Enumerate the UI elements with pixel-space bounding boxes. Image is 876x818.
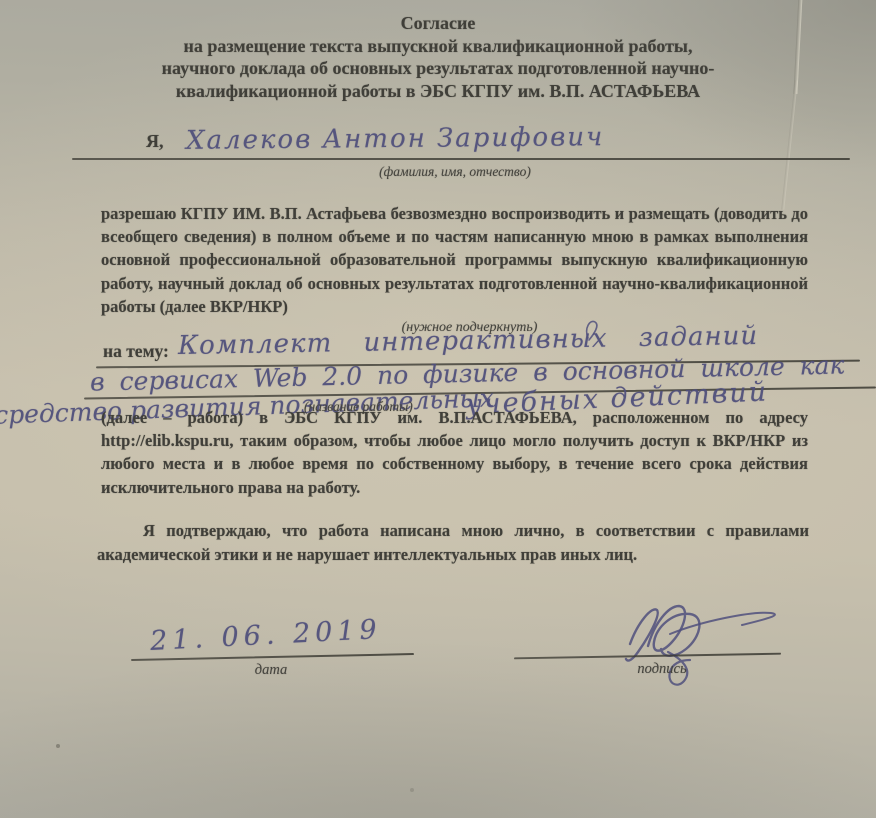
signature-caption: подпись <box>592 661 732 678</box>
title-line: Согласие <box>40 12 836 35</box>
access-paragraph: (далее – работа) в ЭБС КГПУ им. В.П.АСТА… <box>101 406 808 499</box>
topic-label: на тему: <box>103 341 169 362</box>
date-caption: дата <box>196 662 346 679</box>
confirmation-paragraph: Я подтверждаю, что работа написана мною … <box>97 519 809 566</box>
handwritten-name: Халеков Антон Зарифович <box>186 122 604 156</box>
paper-speck <box>56 744 60 748</box>
title-line: на размещение текста выпускной квалифика… <box>40 35 836 58</box>
declarant-prefix: Я, <box>146 131 164 152</box>
document-photo: Согласие на размещение текста выпускной … <box>0 0 876 818</box>
name-underline <box>72 158 850 160</box>
title-line: квалификационной работы в ЭБС КГПУ им. В… <box>40 80 836 103</box>
handwritten-date: 21. 06. 2019 <box>149 614 382 657</box>
permission-paragraph: разрешаю КГПУ ИМ. В.П. Астафьева безвозм… <box>101 202 808 318</box>
title-line: научного доклада об основных результатах… <box>40 57 836 80</box>
document-title: Согласие на размещение текста выпускной … <box>40 12 836 102</box>
name-caption: (фамилия, имя, отчество) <box>310 164 600 180</box>
paper-speck <box>410 788 414 792</box>
